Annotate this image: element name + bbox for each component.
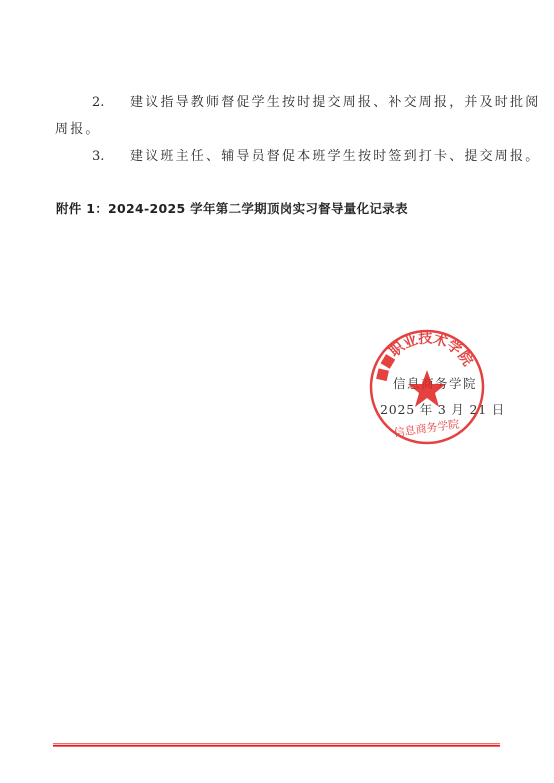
list-item-3: 3.建议班主任、辅导员督促本班学生按时签到打卡、提交周报。 xyxy=(92,145,540,164)
list-item-2-line1: 2.建议指导教师督促学生按时提交周报、补交周报，并及时批阅 xyxy=(92,91,540,110)
attachment-title: 附件 1：2024-2025 学年第二学期顶岗实习督导量化记录表 xyxy=(56,199,408,217)
svg-text:信息商务学院: 信息商务学院 xyxy=(393,417,460,440)
official-seal-icon: ■■职业技术学院 信息商务学院 xyxy=(368,328,486,446)
svg-text:■■职业技术学院: ■■职业技术学院 xyxy=(373,330,476,383)
list-item-3-text: 建议班主任、辅导员督促本班学生按时签到打卡、提交周报。 xyxy=(130,149,540,164)
list-item-2-line2: 周报。 xyxy=(55,118,101,137)
list-item-3-number: 3. xyxy=(92,149,130,164)
footer-divider xyxy=(53,743,500,747)
list-item-2-text: 建议指导教师督促学生按时提交周报、补交周报，并及时批阅 xyxy=(130,95,540,110)
list-item-2-number: 2. xyxy=(92,95,130,110)
